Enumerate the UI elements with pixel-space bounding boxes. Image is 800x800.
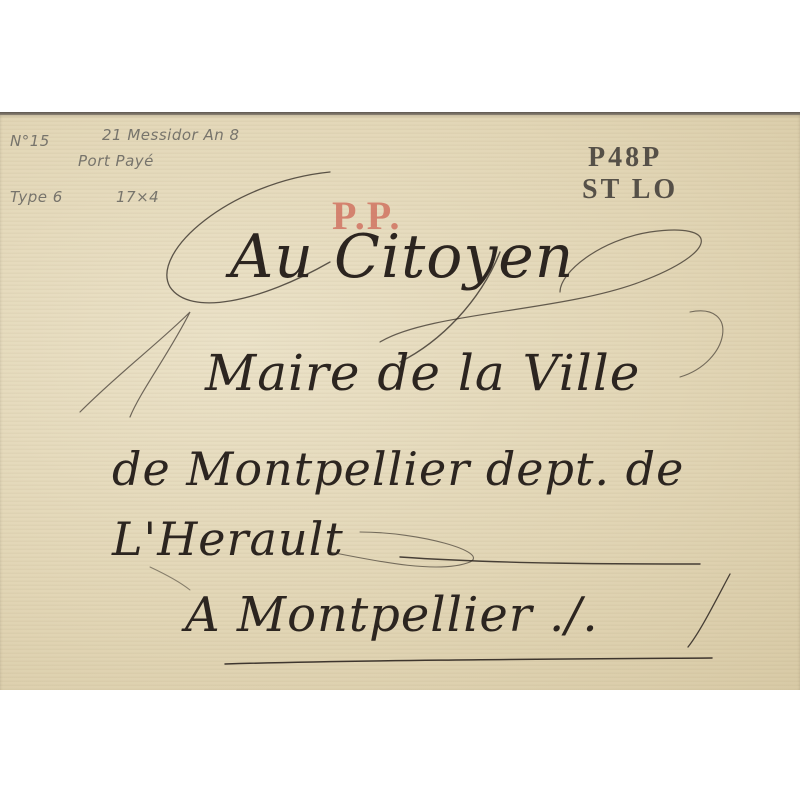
pencil-type: Type 6 [10,188,63,206]
paper-top-edge [0,112,800,115]
pencil-date: 21 Messidor An 8 [102,126,240,144]
pencil-number: N°15 [10,132,50,150]
pencil-postage: Port Payé [78,152,154,170]
pencil-dimensions: 17×4 [116,188,159,206]
letter-paper: N°15 21 Messidor An 8 Port Payé Type 6 1… [0,112,800,690]
black-stamp-line2: ST LO [582,174,678,206]
address-line-4: L'Herault [112,512,344,566]
address-line-3: de Montpellier dept. de [112,442,684,496]
black-stamp-line1: P48P [588,142,662,174]
photo-stage: N°15 21 Messidor An 8 Port Payé Type 6 1… [0,0,800,800]
address-line-5: A Montpellier ./. [185,587,599,643]
address-line-1: Au Citoyen [230,222,574,292]
address-line-2: Maire de la Ville [205,344,640,402]
